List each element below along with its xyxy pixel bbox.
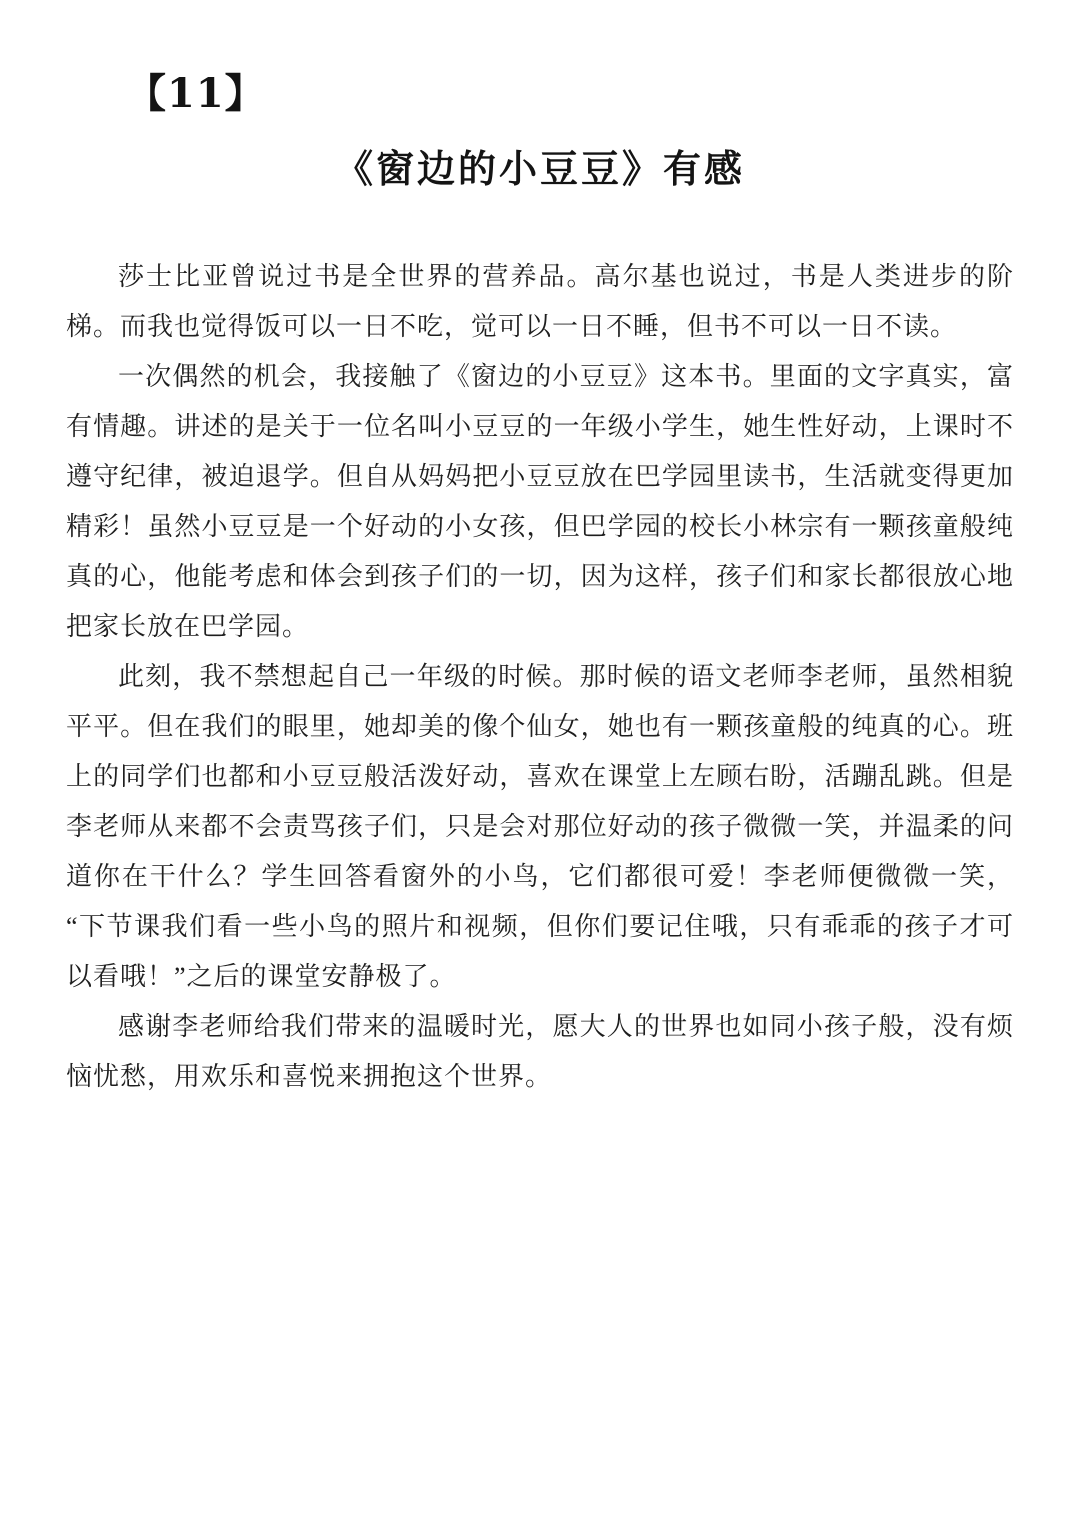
essay-title: 《窗边的小豆豆》有感 <box>66 138 1014 193</box>
document-page: 【11】 《窗边的小豆豆》有感 莎士比亚曾说过书是全世界的营养品。高尔基也说过，… <box>0 0 1080 1527</box>
essay-body: 莎士比亚曾说过书是全世界的营养品。高尔基也说过，书是人类进步的阶梯。而我也觉得饭… <box>66 252 1014 1102</box>
essay-paragraph: 莎士比亚曾说过书是全世界的营养品。高尔基也说过，书是人类进步的阶梯。而我也觉得饭… <box>66 252 1014 352</box>
essay-paragraph: 此刻，我不禁想起自己一年级的时候。那时候的语文老师李老师，虽然相貌平平。但在我们… <box>66 652 1014 1002</box>
essay-paragraph: 一次偶然的机会，我接触了《窗边的小豆豆》这本书。里面的文字真实，富有情趣。讲述的… <box>66 352 1014 652</box>
essay-number-marker: 【11】 <box>126 62 266 119</box>
essay-paragraph: 感谢李老师给我们带来的温暖时光，愿大人的世界也如同小孩子般，没有烦恼忧愁，用欢乐… <box>66 1002 1014 1102</box>
